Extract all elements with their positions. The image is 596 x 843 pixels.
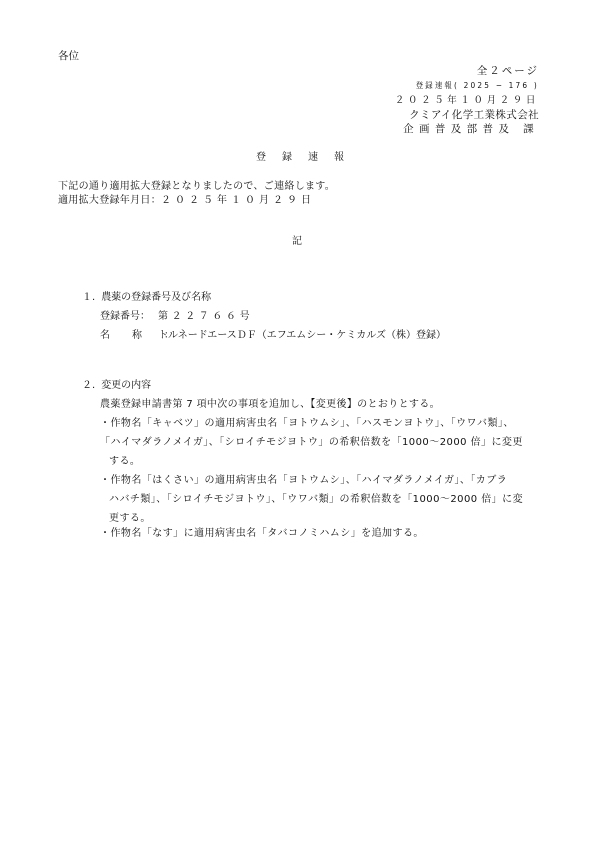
document-number: 登録速報( 2025 − 176 ) [416, 82, 539, 90]
section-title: 農薬の登録番号及び名称 [101, 292, 211, 303]
registration-number-row: 登録番号：第２２７６６号 [100, 312, 253, 322]
department-name: 企画普及部普及 課 [403, 124, 539, 135]
product-name-row: 名称：トルネードエースＤＦ（エフエムシー・ケミカルズ（株）登録） [100, 331, 446, 341]
section-number: ２. [82, 381, 98, 391]
registration-number-label: 登録番号： [100, 312, 158, 322]
registration-date-line: 適用拡大登録年月日：２０２５年１０月２９日 [58, 196, 315, 206]
bullet-cabbage-line-1: ・作物名「キャベツ」の適用病害虫名「ヨトウムシ」、「ハスモンヨトウ」、「ウワバ類… [100, 419, 514, 429]
bullet-eggplant-line-1: ・作物名「なす」に適用病害虫名「タバコノミハムシ」を追加する。 [100, 529, 424, 539]
section-title: 変更の内容 [101, 380, 151, 391]
product-name-label: 名称： [100, 331, 158, 341]
addressee: 各位 [58, 51, 79, 62]
bullet-chinese-cabbage-line-1: ・作物名「はくさい」の適用病害虫名「ヨトウムシ」、「ハイマダラノメイガ」、「カブ… [100, 476, 507, 486]
registration-date-value: ２０２５年１０月２９日 [161, 195, 315, 206]
bullet-cabbage-line-2: 「ハイマダラノメイガ」、「シロイチモジヨトウ」の希釈倍数を「1000〜2000 … [100, 438, 523, 448]
bullet-chinese-cabbage-line-2: ハバチ類」、「シロイチモジヨトウ」、「ウワバ類」の希釈倍数を「1000〜2000… [109, 495, 523, 505]
section-1-heading: １. 農薬の登録番号及び名称 [82, 293, 211, 303]
section-2-heading: ２. 変更の内容 [82, 381, 151, 391]
bullet-cabbage-line-3: する。 [109, 457, 140, 467]
page-count: 全２ページ [477, 66, 539, 77]
registration-number-value: 第２２７６６号 [158, 311, 253, 322]
intro-line: 下記の通り適用拡大登録となりましたので、ご連絡します。 [58, 182, 335, 192]
company-name: クミアイ化学工業株式会社 [409, 110, 539, 121]
product-name-value: トルネードエースＤＦ（エフエムシー・ケミカルズ（株）登録） [158, 330, 446, 341]
section-number: １. [82, 293, 98, 303]
change-intro: 農薬登録申請書第 7 項中次の事項を追加し、【変更後】のとおりとする。 [100, 400, 440, 410]
bullet-chinese-cabbage-line-3: 更する。 [109, 514, 151, 524]
ki-heading: 記 [292, 237, 302, 247]
registration-date-label: 適用拡大登録年月日： [58, 195, 161, 206]
document-title: 登録速報 [256, 153, 360, 163]
issue-date: ２０２５年１０月２９日 [395, 96, 539, 106]
